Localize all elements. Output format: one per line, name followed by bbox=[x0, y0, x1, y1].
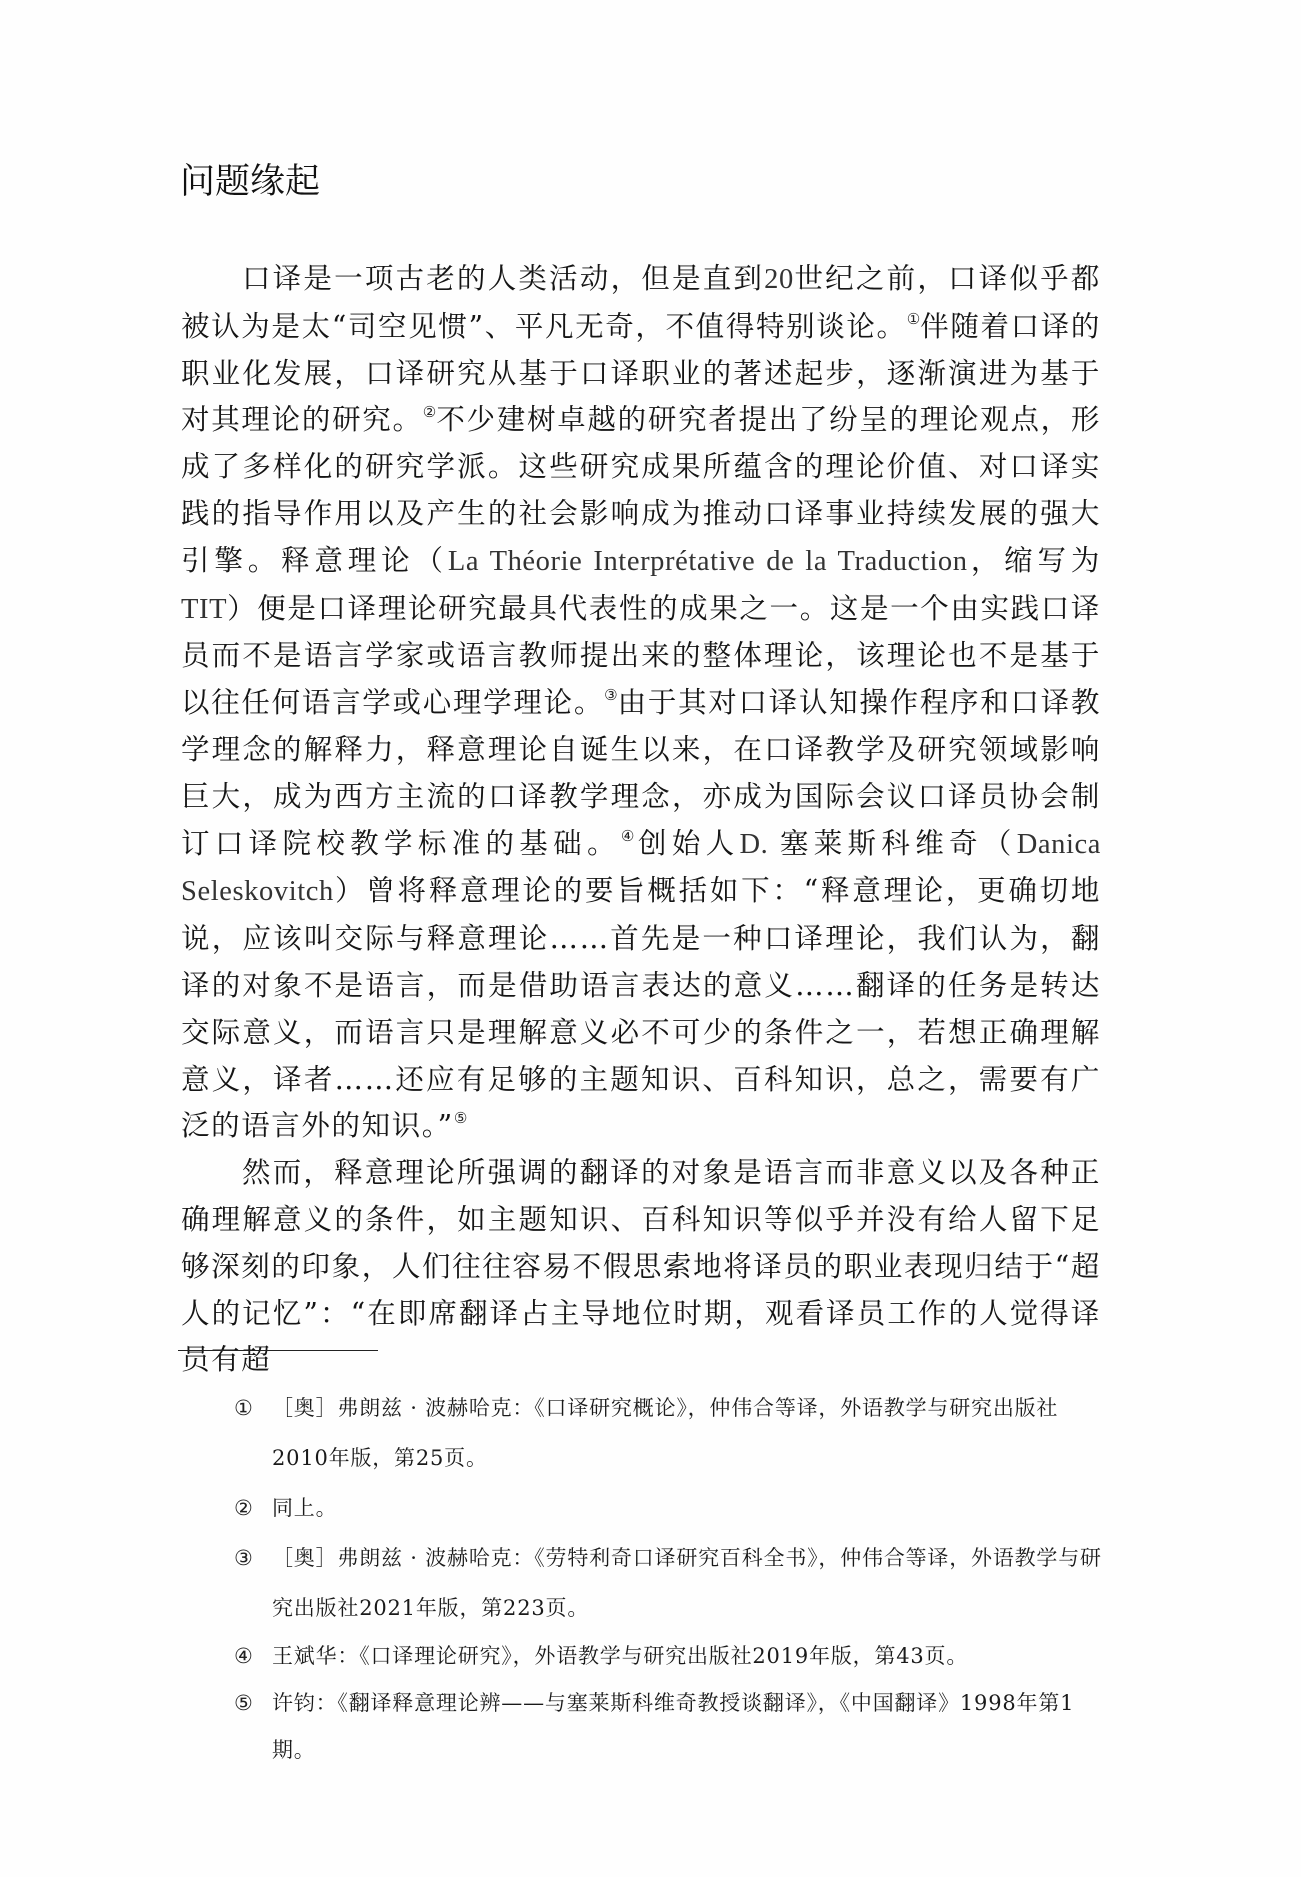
text-run: 然而，释意理论所强调的翻译的对象是语言而非意义以及各种正确理解意义的条件，如主题… bbox=[181, 1156, 1101, 1376]
footnote-5: ⑤ 许钧：《翻译释意理论辨——与塞莱斯科维奇教授谈翻译》，《中国翻译》1998年… bbox=[234, 1680, 1114, 1774]
footnote-marker: ② bbox=[234, 1483, 254, 1533]
footnote-reference[interactable]: ① bbox=[907, 310, 921, 328]
footnote-2: ② 同上。 bbox=[234, 1483, 1114, 1533]
footnote-reference[interactable]: ③ bbox=[604, 686, 618, 704]
body-text: 口译是一项古老的人类活动，但是直到20世纪之前，口译似乎都被认为是太“司空见惯”… bbox=[181, 256, 1101, 1384]
document-page: 问题缘起 口译是一项古老的人类活动，但是直到20世纪之前，口译似乎都被认为是太“… bbox=[0, 0, 1301, 1877]
footnote-text: 许钧：《翻译释意理论辨——与塞莱斯科维奇教授谈翻译》，《中国翻译》1998年第1… bbox=[272, 1691, 1074, 1762]
footnote-marker: ① bbox=[234, 1383, 254, 1433]
footnote-4: ④ 王斌华：《口译理论研究》，外语教学与研究出版社2019年版，第43页。 bbox=[234, 1633, 1114, 1680]
text-run: 创始人 bbox=[638, 827, 740, 860]
text-run: ）曾将释意理论的要旨概括如下：“释意理论，更确切地说，应该叫交际与释意理论……首… bbox=[181, 874, 1101, 1142]
footnote-text: 同上。 bbox=[272, 1496, 337, 1520]
footnote-marker: ③ bbox=[234, 1533, 254, 1583]
footnote-text: ［奥］弗朗兹 · 波赫哈克：《口译研究概论》，仲伟合等译，外语教学与研究出版社2… bbox=[272, 1396, 1058, 1470]
paragraph-1: 口译是一项古老的人类活动，但是直到20世纪之前，口译似乎都被认为是太“司空见惯”… bbox=[181, 256, 1101, 1150]
footnotes: ① ［奥］弗朗兹 · 波赫哈克：《口译研究概论》，仲伟合等译，外语教学与研究出版… bbox=[234, 1383, 1114, 1774]
text-run: ，缩写为 bbox=[968, 544, 1101, 577]
footnote-text: ［奥］弗朗兹 · 波赫哈克：《劳特利奇口译研究百科全书》，仲伟合等译，外语教学与… bbox=[272, 1546, 1102, 1620]
latin-text: D. bbox=[740, 829, 780, 860]
footnote-reference[interactable]: ⑤ bbox=[454, 1109, 467, 1127]
footnote-reference[interactable]: ④ bbox=[621, 827, 638, 845]
footnote-divider bbox=[178, 1350, 378, 1351]
text-run: 塞莱斯科维奇（ bbox=[780, 827, 1017, 860]
text-run: 口译是一项古老的人类活动，但是直到 bbox=[242, 262, 764, 295]
footnote-text: 王斌华：《口译理论研究》，外语教学与研究出版社2019年版，第43页。 bbox=[272, 1644, 968, 1668]
latin-text: TIT bbox=[181, 594, 227, 625]
footnote-marker: ④ bbox=[234, 1633, 254, 1680]
footnote-marker: ⑤ bbox=[234, 1680, 254, 1727]
footnote-3: ③ ［奥］弗朗兹 · 波赫哈克：《劳特利奇口译研究百科全书》，仲伟合等译，外语教… bbox=[234, 1533, 1114, 1633]
footnote-1: ① ［奥］弗朗兹 · 波赫哈克：《口译研究概论》，仲伟合等译，外语教学与研究出版… bbox=[234, 1383, 1114, 1483]
latin-text: 20 bbox=[764, 264, 794, 295]
footnote-reference[interactable]: ② bbox=[423, 403, 437, 421]
section-title: 问题缘起 bbox=[180, 160, 320, 204]
latin-text: La Théorie Interprétative de la Traducti… bbox=[448, 546, 968, 577]
